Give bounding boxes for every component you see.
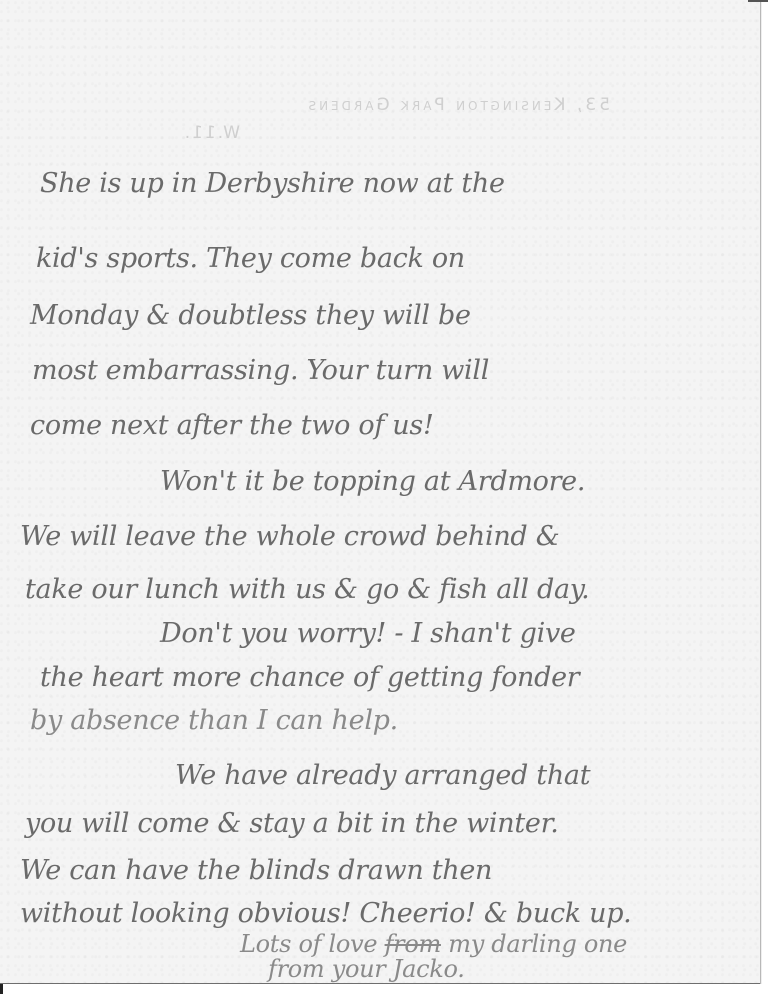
letter-line-11: by absence than I can help. (30, 705, 398, 736)
scanner-edge-top (748, 0, 768, 2)
letter-line-15: without looking obvious! Cheerio! & buck… (20, 898, 631, 929)
letter-line-9: Don't you worry! - I shan't give (160, 618, 576, 649)
closing-part-1: Lots of love (240, 930, 385, 958)
letter-line-13: you will come & stay a bit in the winter… (25, 808, 559, 839)
letterhead-bleedthrough: 53, Kensington Park Gardens W.11. (150, 95, 610, 143)
letter-line-1: She is up in Derbyshire now at the (40, 168, 505, 199)
letter-line-4: most embarrassing. Your turn will (32, 355, 489, 386)
letterhead-address: 53, Kensington Park Gardens (150, 95, 610, 115)
letter-line-16-closing: Lots of love from my darling one (240, 930, 627, 958)
letter-page: 53, Kensington Park Gardens W.11. She is… (0, 0, 760, 985)
signature-line: from your Jacko. (268, 955, 465, 983)
letter-line-3: Monday & doubtless they will be (30, 300, 471, 331)
letter-line-7: We will leave the whole crowd behind & (20, 521, 559, 552)
closing-part-2: my darling one (441, 930, 627, 958)
letter-line-8: take our lunch with us & go & fish all d… (25, 574, 589, 605)
letter-line-12: We have already arranged that (175, 760, 590, 791)
letter-line-10: the heart more chance of getting fonder (40, 662, 579, 693)
letter-line-2: kid's sports. They come back on (36, 243, 465, 274)
letterhead-district: W.11. (150, 123, 610, 143)
struck-word: from (385, 930, 441, 958)
letter-line-6: Won't it be topping at Ardmore. (160, 466, 585, 497)
scanner-margin-bottom (0, 984, 768, 994)
letter-line-5: come next after the two of us! (30, 410, 434, 441)
scanner-edge-mark (0, 984, 3, 994)
letter-line-14: We can have the blinds drawn then (20, 855, 492, 886)
